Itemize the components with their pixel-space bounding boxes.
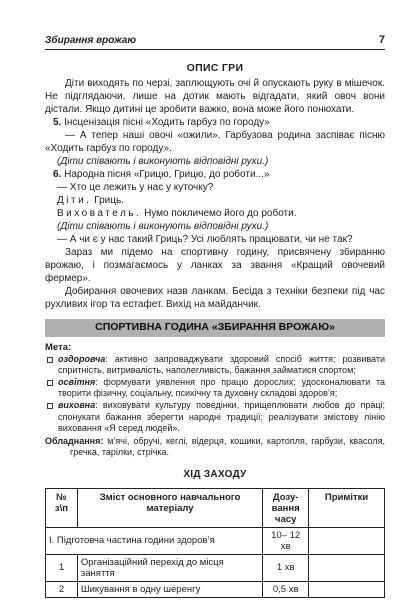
- section-banner-sport-hour: СПОРТИВНА ГОДИНА «ЗБИРАННЯ ВРОЖАЮ»: [45, 319, 385, 337]
- content-cell: Організаційний перехід до місця заняття: [77, 554, 262, 581]
- square-bullet-icon: [47, 380, 53, 386]
- speaker-name: Діти.: [57, 195, 91, 206]
- time-cell: 0,5 хв: [263, 581, 309, 597]
- goal-lead: виховна: [58, 400, 95, 410]
- item-number: 5.: [53, 117, 61, 128]
- equipment-text: м’ячі, обручі, кеглі, відерця, кошики, к…: [70, 436, 385, 458]
- notes-cell: [309, 581, 385, 597]
- equipment-line: Обладнання: м’ячі, обручі, кеглі, відерц…: [45, 436, 385, 459]
- square-bullet-icon: [47, 357, 53, 363]
- time-cell: 1 хв: [263, 554, 309, 581]
- header-cell-time: Дозу-вання часу: [263, 488, 309, 527]
- goal-lead: освітня: [58, 377, 95, 387]
- num-cell: 2: [46, 581, 78, 597]
- notes-cell: [309, 554, 385, 581]
- goal-text: : активно запроваджувати здоровий спосіб…: [58, 354, 385, 376]
- speaker-name: Вихователь.: [57, 208, 141, 219]
- page-number: 7: [379, 34, 385, 47]
- equipment-label: Обладнання:: [45, 436, 103, 446]
- item-title: Народна пісня «Грицю, Грицю, до роботи..…: [64, 169, 269, 180]
- speech-text: Нумо покличемо його до роботи.: [144, 208, 296, 219]
- item-title: Інсценізація пісні «Ходить гарбуз по гор…: [64, 117, 270, 128]
- intro-paragraph: Діти виходять по черзі, заплющують очі й…: [45, 77, 385, 116]
- numbered-item-6: 6. Народна пісня «Грицю, Грицю, до робот…: [53, 168, 385, 181]
- table-row-section: І. Підготовча частина години здоров’я 10…: [46, 527, 385, 554]
- meta-section: Мета: оздоровча: активно запроваджувати …: [45, 342, 385, 459]
- section-heading-khid-zakhodu: ХІД ЗАХОДУ: [45, 468, 385, 481]
- table-row: 2 Шикування в одну шеренгу 0,5 хв: [46, 581, 385, 597]
- goal-item-vykhovna: виховна: виховувати культуру поведінки, …: [45, 400, 385, 435]
- goal-lead: оздоровча: [58, 354, 105, 364]
- running-title: Збирання врожаю: [45, 34, 136, 47]
- meta-label: Мета:: [45, 342, 385, 354]
- goal-text: : формувати уявлення про працю дорослих;…: [58, 377, 385, 399]
- item-number: 6.: [53, 169, 61, 180]
- header-cell-num: № з\п: [46, 488, 78, 527]
- header-cell-content: Зміст основного навчального матеріалу: [77, 488, 262, 527]
- dialogue-line-dity: Діти. Гриць.: [57, 194, 385, 207]
- stage-direction: (Діти співають і виконують відповідні ру…: [57, 220, 385, 233]
- stage-direction: (Діти співають і виконують відповідні ру…: [57, 155, 385, 168]
- document-page: Збирання врожаю 7 ОПИС ГРИ Діти виходять…: [0, 0, 416, 610]
- square-bullet-icon: [47, 403, 53, 409]
- paragraph: Зараз ми підемо на спортивну годину, при…: [45, 246, 385, 285]
- speech-text: Гриць.: [94, 195, 124, 206]
- table-header-row: № з\п Зміст основного навчального матері…: [46, 488, 385, 527]
- time-cell: 10– 12 хв: [263, 527, 309, 554]
- running-header: Збирання врожаю 7: [45, 34, 385, 50]
- numbered-item-5: 5. Інсценізація пісні «Ходить гарбуз по …: [53, 116, 385, 129]
- dialogue-line-vykhovatel: Вихователь. Нумо покличемо його до робот…: [57, 207, 385, 220]
- section-title-cell: І. Підготовча частина години здоров’я: [46, 527, 263, 554]
- section-heading-opys-hry: ОПИС ГРИ: [45, 62, 385, 75]
- num-cell: 1: [46, 554, 78, 581]
- paragraph: Добирання овочевих назв ланкам. Бесіда з…: [45, 285, 385, 311]
- dialogue-line: — А чи є у нас такий Гриць? Усі люблять …: [57, 233, 385, 246]
- notes-cell: [309, 527, 385, 554]
- content-cell: Шикування в одну шеренгу: [77, 581, 262, 597]
- goal-item-ozdorovcha: оздоровча: активно запроваджувати здоров…: [45, 354, 385, 377]
- dialogue-line: — А тепер наші овочі «ожили». Гарбузова …: [45, 129, 385, 155]
- header-cell-notes: Примітки: [309, 488, 385, 527]
- goal-item-osvitnia: освітня: формувати уявлення про працю до…: [45, 377, 385, 400]
- table-row: 1 Організаційний перехід до місця занятт…: [46, 554, 385, 581]
- schedule-table: № з\п Зміст основного навчального матері…: [45, 488, 385, 598]
- goal-text: : виховувати культуру поведінки, прищепл…: [58, 400, 385, 433]
- dialogue-line: — Хто це лежить у нас у куточку?: [57, 181, 385, 194]
